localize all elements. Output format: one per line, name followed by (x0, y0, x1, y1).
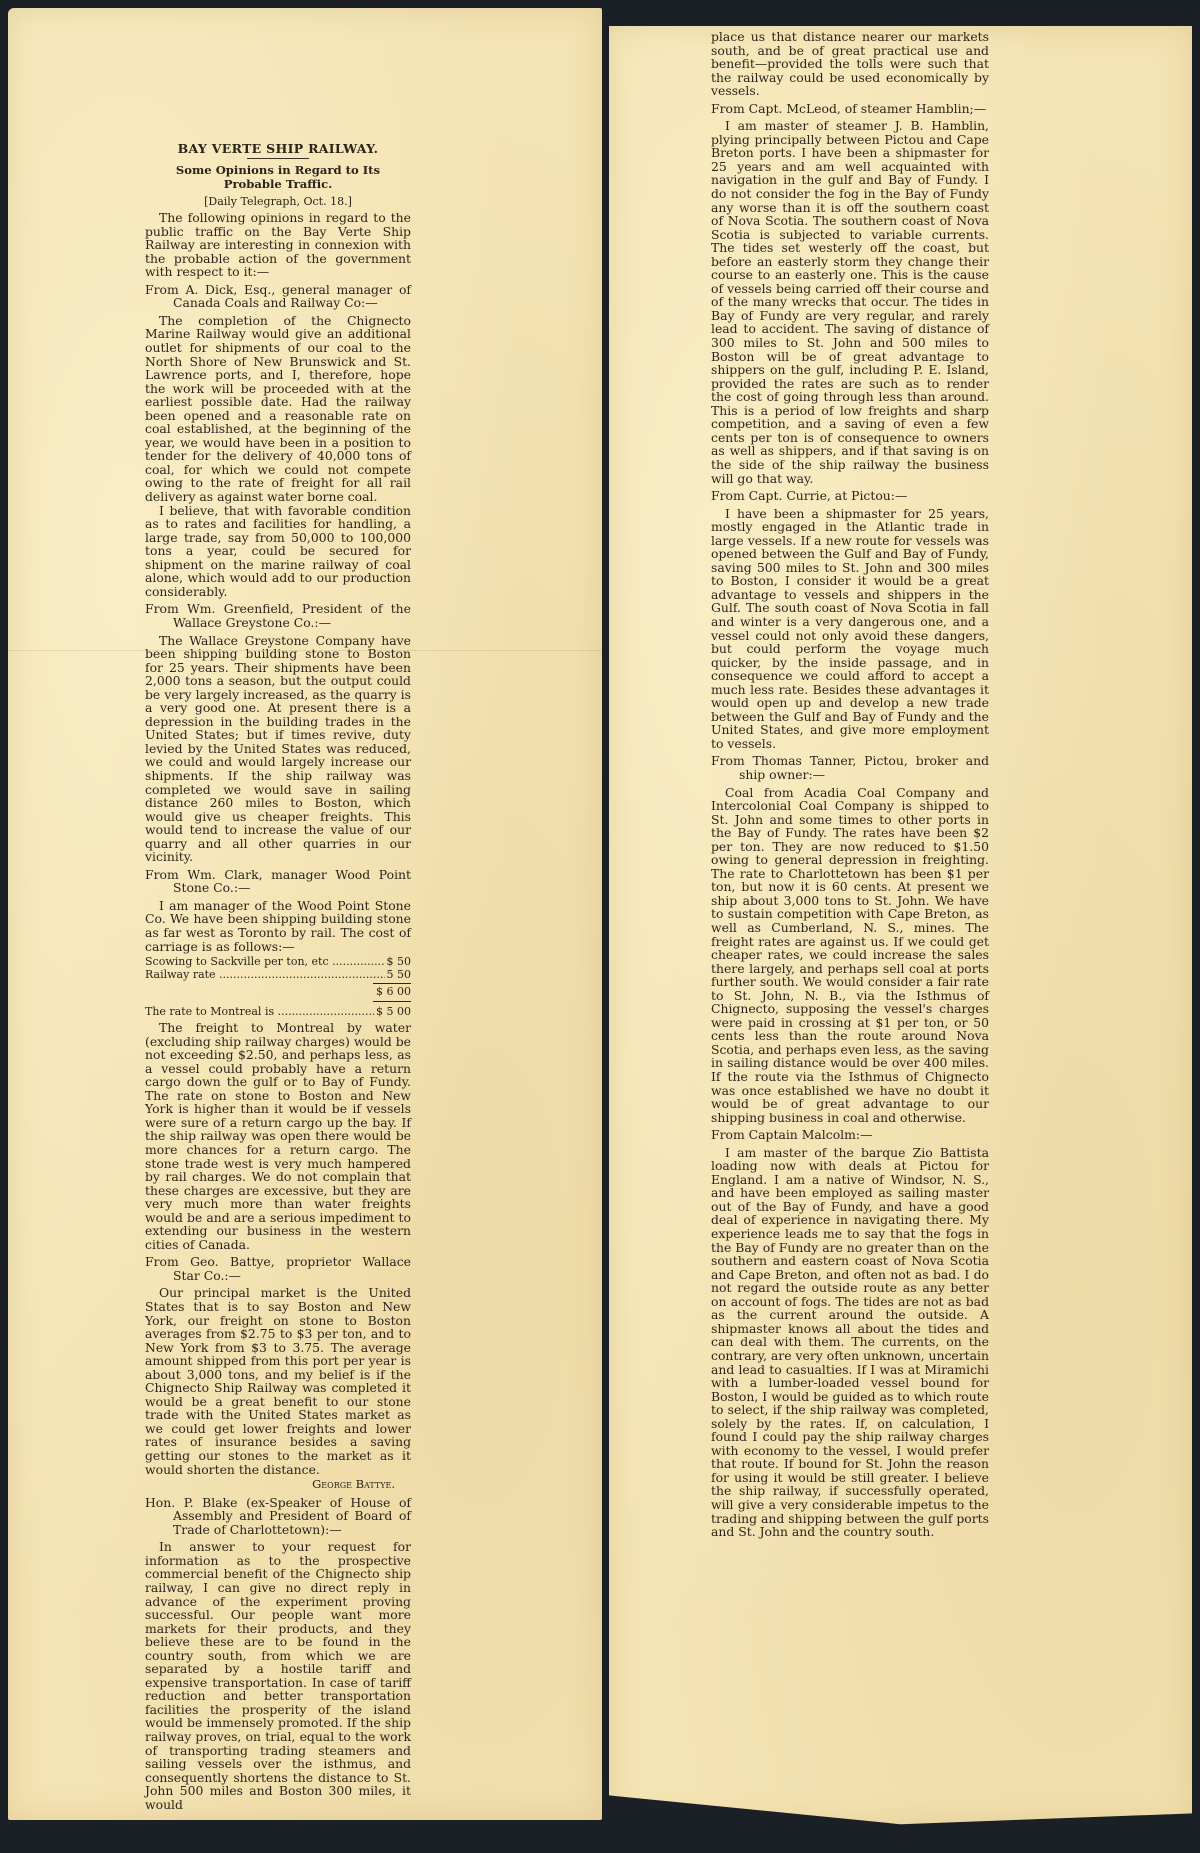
paragraph: Our principal market is the United State… (145, 1286, 411, 1476)
article-column-right: place us that distance nearer our market… (711, 30, 989, 1539)
signature: George Battye. (145, 1478, 411, 1492)
cost-label: Scowing to Sackville per ton, etc (145, 956, 385, 969)
cost-label: Railway rate (145, 969, 385, 982)
montreal-rate-row: The rate to Montreal is $ 5 00 (145, 1006, 411, 1019)
paragraph: I have been a shipmaster for 25 years, m… (711, 507, 989, 751)
cost-row: Scowing to Sackville per ton, etc $ 50 (145, 956, 411, 969)
dateline: [Daily Telegraph, Oct. 18.] (145, 195, 411, 209)
intro-paragraph: The following opinions in regard to the … (145, 211, 411, 279)
montreal-rate-label: The rate to Montreal is (145, 1006, 374, 1019)
cost-row: Railway rate 5 50 (145, 969, 411, 982)
cost-table: Scowing to Sackville per ton, etc $ 50 R… (145, 956, 411, 1018)
source-attribution-malcolm: From Captain Malcolm:— (711, 1128, 989, 1142)
paragraph: I am master of steamer J. B. Hamblin, pl… (711, 119, 989, 485)
paragraph: In answer to your request for informatio… (145, 1540, 411, 1811)
paragraph: I am manager of the Wood Point Stone Co.… (145, 899, 411, 953)
headline-rule (247, 158, 309, 159)
subheadline: Some Opinions in Regard to Its Probable … (145, 163, 411, 191)
article-column-left: BAY VERTE SHIP RAILWAY. Some Opinions in… (145, 142, 411, 1811)
paragraph: The freight to Montreal by water (exclud… (145, 1021, 411, 1251)
montreal-rate-amount: $ 5 00 (374, 1006, 411, 1019)
paragraph: I am master of the barque Zio Battista l… (711, 1146, 989, 1539)
paragraph: The Wallace Greystone Company have been … (145, 634, 411, 864)
paragraph: I believe, that with favorable condition… (145, 504, 411, 599)
source-attribution-tanner: From Thomas Tanner, Pictou, broker and s… (711, 754, 989, 781)
cost-total: $ 6 00 (373, 983, 411, 1002)
source-attribution-currie: From Capt. Currie, at Pictou:— (711, 489, 989, 503)
cost-amount: 5 50 (385, 969, 412, 982)
paragraph-continuation: place us that distance nearer our market… (711, 30, 989, 98)
source-attribution-battye: From Geo. Battye, proprietor Wallace Sta… (145, 1255, 411, 1282)
source-attribution-dick: From A. Dick, Esq., general manager of C… (145, 283, 411, 310)
cost-amount: $ 50 (385, 956, 412, 969)
source-attribution-mcleod: From Capt. McLeod, of steamer Hamblin;— (711, 102, 989, 116)
paragraph: The completion of the Chignecto Marine R… (145, 314, 411, 504)
paragraph: Coal from Acadia Coal Company and Interc… (711, 786, 989, 1125)
source-attribution-clark: From Wm. Clark, manager Wood Point Stone… (145, 868, 411, 895)
source-attribution-greenfield: From Wm. Greenfield, President of the Wa… (145, 602, 411, 629)
headline: BAY VERTE SHIP RAILWAY. (145, 142, 411, 156)
source-attribution-blake: Hon. P. Blake (ex-Speaker of House of As… (145, 1496, 411, 1537)
